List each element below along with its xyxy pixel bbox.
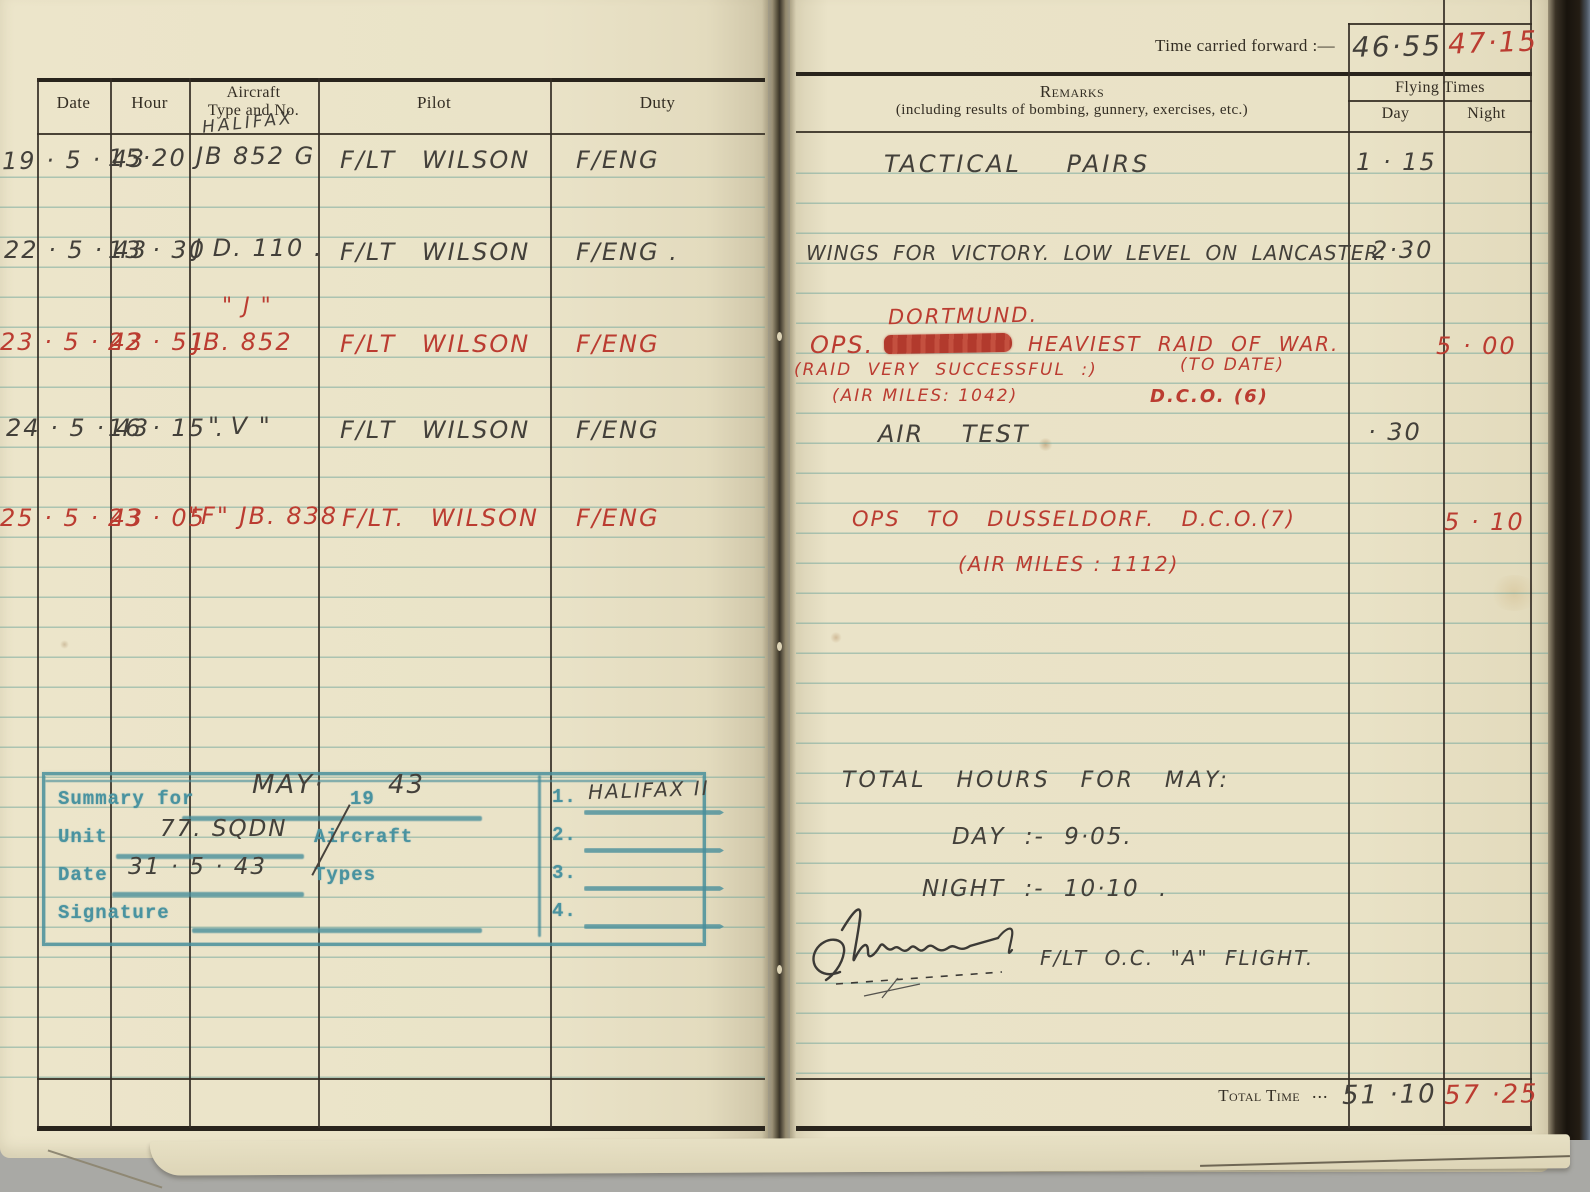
total-row-line-left xyxy=(37,1078,765,1080)
entry-remarks: AIR TEST xyxy=(878,420,1030,448)
entry-remarks-note2: (AIR MILES: 1042) xyxy=(832,386,1018,406)
stamp-date-label: Date xyxy=(58,864,108,886)
stamp-type-line xyxy=(584,810,724,815)
entry-aircraft: J D. 110 . xyxy=(194,234,324,262)
entry-remarks: WINGS FOR VICTORY. LOW LEVEL ON LANCASTE… xyxy=(806,241,1387,265)
entry-pilot: F/LT WILSON xyxy=(340,416,530,444)
col-header-flying-times: Flying Times xyxy=(1348,79,1532,97)
stamp-month-handwritten: MAY· xyxy=(252,770,324,800)
column-line-stub xyxy=(1443,0,1445,23)
flying-times-underline xyxy=(1348,100,1532,102)
entry-duty: F/ENG xyxy=(576,504,660,532)
col-header-remarks-sub: (including results of bombing, gunnery, … xyxy=(796,102,1348,119)
entry-pilot: F/LT. WILSON xyxy=(342,504,539,532)
stamp-type-line xyxy=(584,924,724,929)
stamp-type-num-2: 2. xyxy=(552,824,577,846)
col-header-night: Night xyxy=(1443,105,1530,123)
total-time-night-value: 57 ·25 xyxy=(1444,1079,1539,1111)
col-header-hour: Hour xyxy=(110,93,189,113)
entry-hour: 13 · 30 xyxy=(108,236,206,264)
table-top-border-right xyxy=(796,72,1532,76)
entry-remarks: OPS TO DUSSELDORF. D.C.O.(7) xyxy=(852,507,1296,531)
stamp-type-1-value: HALIFAX II xyxy=(588,776,710,804)
signature-rank-text: F/LT O.C. "A" FLIGHT. xyxy=(1040,946,1314,970)
column-line xyxy=(1443,23,1445,1128)
carried-forward-day-value: 46·55 xyxy=(1352,29,1443,64)
total-time-day-value: 51 ·10 xyxy=(1342,1079,1437,1111)
table-bottom-border-right xyxy=(796,1126,1532,1131)
col-header-remarks: Remarks xyxy=(796,82,1348,102)
table-top-border-left xyxy=(37,78,765,82)
monthly-total-day: DAY :- 9·05. xyxy=(952,824,1133,850)
entry-remarks-note1: (RAID VERY SUCCESSFUL :) xyxy=(794,360,1098,380)
entry-remarks-2: (AIR MILES : 1112) xyxy=(958,552,1179,576)
column-line xyxy=(1530,23,1532,1128)
stamp-type-line xyxy=(584,848,724,853)
entry-pilot: F/LT WILSON xyxy=(340,238,530,266)
stamp-divider xyxy=(538,775,541,937)
entry-day-time: · 30 xyxy=(1368,418,1422,446)
stamp-signature-label: Signature xyxy=(58,902,170,924)
monthly-total-night: NIGHT :- 10·10 . xyxy=(922,876,1168,902)
entry-remarks-note2b: D.C.O. (6) xyxy=(1150,386,1269,407)
col-header-day: Day xyxy=(1348,105,1443,123)
stamp-year-prefix: 19 xyxy=(350,788,375,810)
entry-night-time: 5 · 00 xyxy=(1436,332,1517,360)
binding-gutter xyxy=(762,0,796,1165)
entry-hour: 15·20 xyxy=(108,144,187,172)
header-underline-right xyxy=(796,131,1532,133)
col-header-date: Date xyxy=(37,93,110,113)
stamp-unit-label: Unit xyxy=(58,826,108,848)
binding-stitch xyxy=(777,642,782,651)
entry-day-time: 2·30 xyxy=(1372,236,1433,264)
stamp-year-handwritten: 43 xyxy=(388,770,425,800)
entry-aircraft: JB 852 G xyxy=(196,142,315,170)
stamp-type-num-4: 4. xyxy=(552,900,577,922)
entry-remarks-prefix: OPS. xyxy=(810,331,874,359)
entry-duty: F/ENG xyxy=(576,146,660,174)
entry-aircraft: " V " xyxy=(208,412,272,440)
entry-aircraft: "F" JB. 838 xyxy=(188,502,338,530)
stamp-type-line xyxy=(584,886,724,891)
binding-stitch xyxy=(777,332,782,341)
stamp-type-num-1: 1. xyxy=(552,786,577,808)
total-time-dots: ... xyxy=(1312,1082,1329,1103)
binding-stitch xyxy=(777,965,782,974)
entry-pilot: F/LT WILSON xyxy=(340,146,530,174)
book-edge xyxy=(1548,0,1590,1140)
entry-pilot: F/LT WILSON xyxy=(340,330,530,358)
entry-duty: F/ENG xyxy=(576,416,660,444)
entry-hour: 22 · 51 xyxy=(108,328,206,356)
column-line xyxy=(550,78,552,1128)
stamp-unit-handwritten: 77. SQDN xyxy=(160,816,288,842)
entry-remarks-target: DORTMUND. xyxy=(888,303,1039,330)
column-line-stub xyxy=(1530,0,1532,23)
col-header-aircraft-1: Aircraft xyxy=(189,84,318,102)
total-time-label: Total Time xyxy=(1100,1086,1300,1106)
carried-forward-label: Time carried forward :— xyxy=(1090,36,1335,56)
column-line xyxy=(1348,23,1350,1128)
stamp-date-handwritten: 31 · 5 · 43 xyxy=(128,854,267,880)
entry-remarks: TACTICAL PAIRS xyxy=(884,150,1150,178)
entry-duty: F/ENG xyxy=(576,330,660,358)
col-header-duty: Duty xyxy=(550,93,765,113)
stamp-underline xyxy=(112,892,304,897)
stamp-types-label: Types xyxy=(314,864,376,886)
entry-night-time: 5 · 10 xyxy=(1444,508,1525,536)
stamp-type-num-3: 3. xyxy=(552,862,577,884)
entry-remarks-note1b: (TO DATE) xyxy=(1180,355,1285,375)
carried-forward-night-value: 47·15 xyxy=(1447,24,1538,60)
entry-aircraft: JB. 852 xyxy=(194,328,293,356)
entry-day-time: 1 · 15 xyxy=(1356,148,1437,176)
redaction-scribble xyxy=(884,333,1012,354)
col-header-pilot: Pilot xyxy=(318,93,550,113)
entry-aircraft-code: " J " xyxy=(222,294,273,319)
header-underline-left xyxy=(37,133,765,135)
stamp-summary-for-label: Summary for xyxy=(58,788,194,810)
entry-duty: F/ENG . xyxy=(576,238,679,266)
monthly-total-title: TOTAL HOURS FOR MAY: xyxy=(842,768,1230,793)
stamp-underline xyxy=(192,928,482,933)
entry-remarks-main: HEAVIEST RAID OF WAR. xyxy=(1028,332,1339,356)
table-bottom-border-left xyxy=(37,1126,765,1131)
